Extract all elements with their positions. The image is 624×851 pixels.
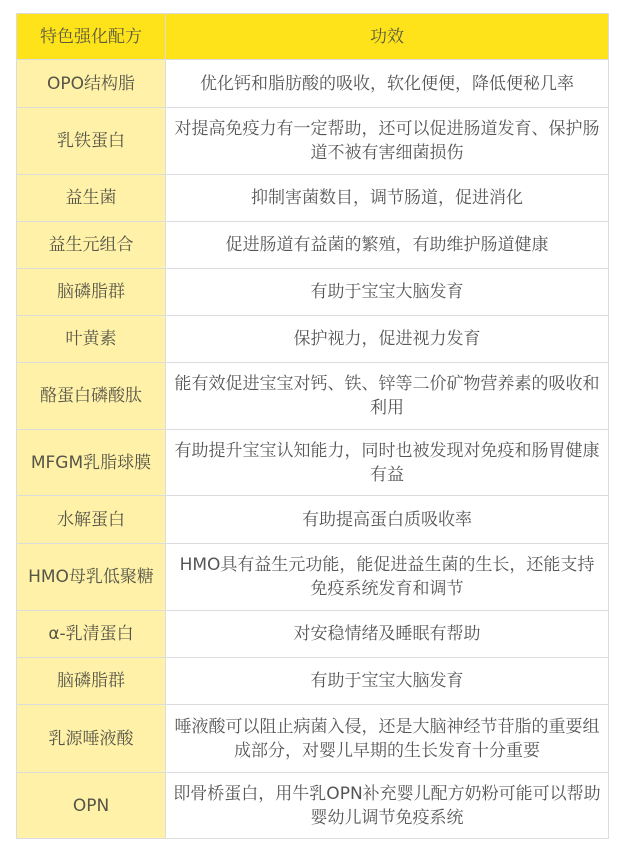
table-row: 酪蛋白磷酸肽能有效促进宝宝对钙、铁、锌等二价矿物营养素的吸收和利用 — [17, 363, 609, 430]
formula-name: 乳铁蛋白 — [17, 108, 166, 175]
formula-effect: 能有效促进宝宝对钙、铁、锌等二价矿物营养素的吸收和利用 — [166, 363, 609, 430]
formula-effects-table: 特色强化配方 功效 OPO结构脂优化钙和脂肪酸的吸收，软化便便，降低便秘几率 乳… — [16, 13, 609, 839]
table-row: OPO结构脂优化钙和脂肪酸的吸收，软化便便，降低便秘几率 — [17, 60, 609, 108]
header-row: 特色强化配方 功效 — [17, 14, 609, 60]
formula-name: α-乳清蛋白 — [17, 611, 166, 658]
formula-effect: 优化钙和脂肪酸的吸收，软化便便，降低便秘几率 — [166, 60, 609, 108]
table-row: 脑磷脂群有助于宝宝大脑发育 — [17, 658, 609, 705]
table-row: MFGM乳脂球膜有助提升宝宝认知能力，同时也被发现对免疫和肠胃健康有益 — [17, 430, 609, 496]
formula-effect: 有助提高蛋白质吸收率 — [166, 496, 609, 544]
table-row: 益生菌抑制害菌数目，调节肠道，促进消化 — [17, 175, 609, 222]
formula-effect: 唾液酸可以阻止病菌入侵，还是大脑神经节苷脂的重要组成部分，对婴儿早期的生长发育十… — [166, 705, 609, 773]
formula-name: 脑磷脂群 — [17, 658, 166, 705]
formula-name: HMO母乳低聚糖 — [17, 544, 166, 611]
formula-name: 叶黄素 — [17, 316, 166, 363]
formula-name: 益生菌 — [17, 175, 166, 222]
formula-effect: 促进肠道有益菌的繁殖，有助维护肠道健康 — [166, 222, 609, 269]
table-row: 叶黄素保护视力，促进视力发育 — [17, 316, 609, 363]
formula-effect: 有助提升宝宝认知能力，同时也被发现对免疫和肠胃健康有益 — [166, 430, 609, 496]
formula-name: 脑磷脂群 — [17, 269, 166, 316]
table-row: α-乳清蛋白对安稳情绪及睡眠有帮助 — [17, 611, 609, 658]
header-effect: 功效 — [166, 14, 609, 60]
formula-effect: 即骨桥蛋白，用牛乳OPN补充婴儿配方奶粉可能可以帮助婴幼儿调节免疫系统 — [166, 773, 609, 839]
formula-name: 乳源唾液酸 — [17, 705, 166, 773]
table-row: 脑磷脂群有助于宝宝大脑发育 — [17, 269, 609, 316]
formula-effect: 抑制害菌数目，调节肠道，促进消化 — [166, 175, 609, 222]
formula-effect: HMO具有益生元功能，能促进益生菌的生长，还能支持免疫系统发育和调节 — [166, 544, 609, 611]
table-row: 乳源唾液酸唾液酸可以阻止病菌入侵，还是大脑神经节苷脂的重要组成部分，对婴儿早期的… — [17, 705, 609, 773]
formula-table-container: 特色强化配方 功效 OPO结构脂优化钙和脂肪酸的吸收，软化便便，降低便秘几率 乳… — [16, 13, 608, 839]
header-formula: 特色强化配方 — [17, 14, 166, 60]
formula-effect: 有助于宝宝大脑发育 — [166, 658, 609, 705]
table-row: 乳铁蛋白对提高免疫力有一定帮助，还可以促进肠道发育、保护肠道不被有害细菌损伤 — [17, 108, 609, 175]
formula-name: OPO结构脂 — [17, 60, 166, 108]
table-body: OPO结构脂优化钙和脂肪酸的吸收，软化便便，降低便秘几率 乳铁蛋白对提高免疫力有… — [17, 60, 609, 839]
formula-effect: 有助于宝宝大脑发育 — [166, 269, 609, 316]
formula-effect: 对安稳情绪及睡眠有帮助 — [166, 611, 609, 658]
formula-name: 益生元组合 — [17, 222, 166, 269]
table-row: 益生元组合促进肠道有益菌的繁殖，有助维护肠道健康 — [17, 222, 609, 269]
formula-effect: 保护视力，促进视力发育 — [166, 316, 609, 363]
formula-name: 水解蛋白 — [17, 496, 166, 544]
table-header: 特色强化配方 功效 — [17, 14, 609, 60]
formula-name: MFGM乳脂球膜 — [17, 430, 166, 496]
formula-name: 酪蛋白磷酸肽 — [17, 363, 166, 430]
table-row: HMO母乳低聚糖HMO具有益生元功能，能促进益生菌的生长，还能支持免疫系统发育和… — [17, 544, 609, 611]
table-row: OPN即骨桥蛋白，用牛乳OPN补充婴儿配方奶粉可能可以帮助婴幼儿调节免疫系统 — [17, 773, 609, 839]
formula-name: OPN — [17, 773, 166, 839]
table-row: 水解蛋白有助提高蛋白质吸收率 — [17, 496, 609, 544]
formula-effect: 对提高免疫力有一定帮助，还可以促进肠道发育、保护肠道不被有害细菌损伤 — [166, 108, 609, 175]
